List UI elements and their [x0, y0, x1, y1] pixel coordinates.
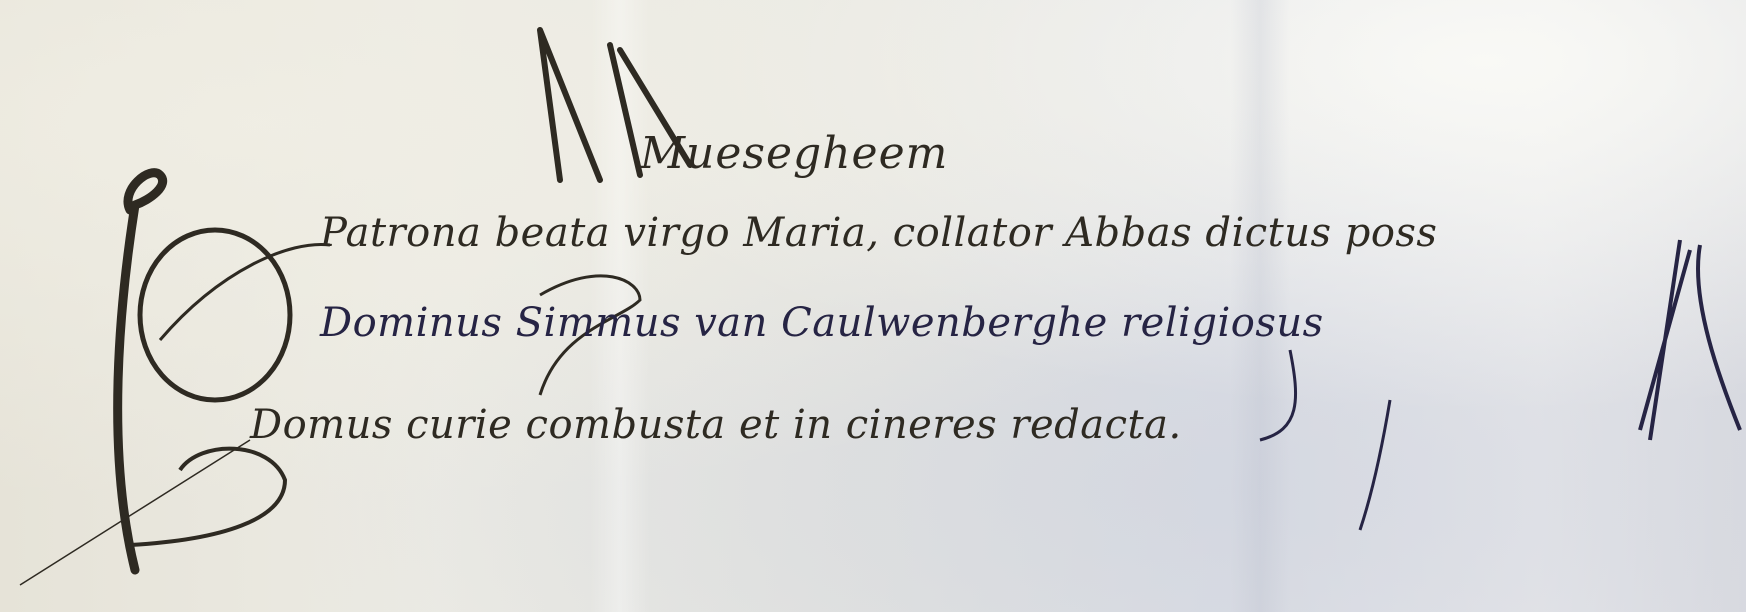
manuscript-line-1: Patrona beata virgo Maria, collator Abba… — [320, 210, 1437, 256]
manuscript-line-3: Domus curie combusta et in cineres redac… — [250, 402, 1182, 448]
manuscript-line-2: Dominus Simmus van Caulwenberghe religio… — [320, 300, 1324, 346]
document-heading: Muesegheem — [640, 128, 948, 179]
